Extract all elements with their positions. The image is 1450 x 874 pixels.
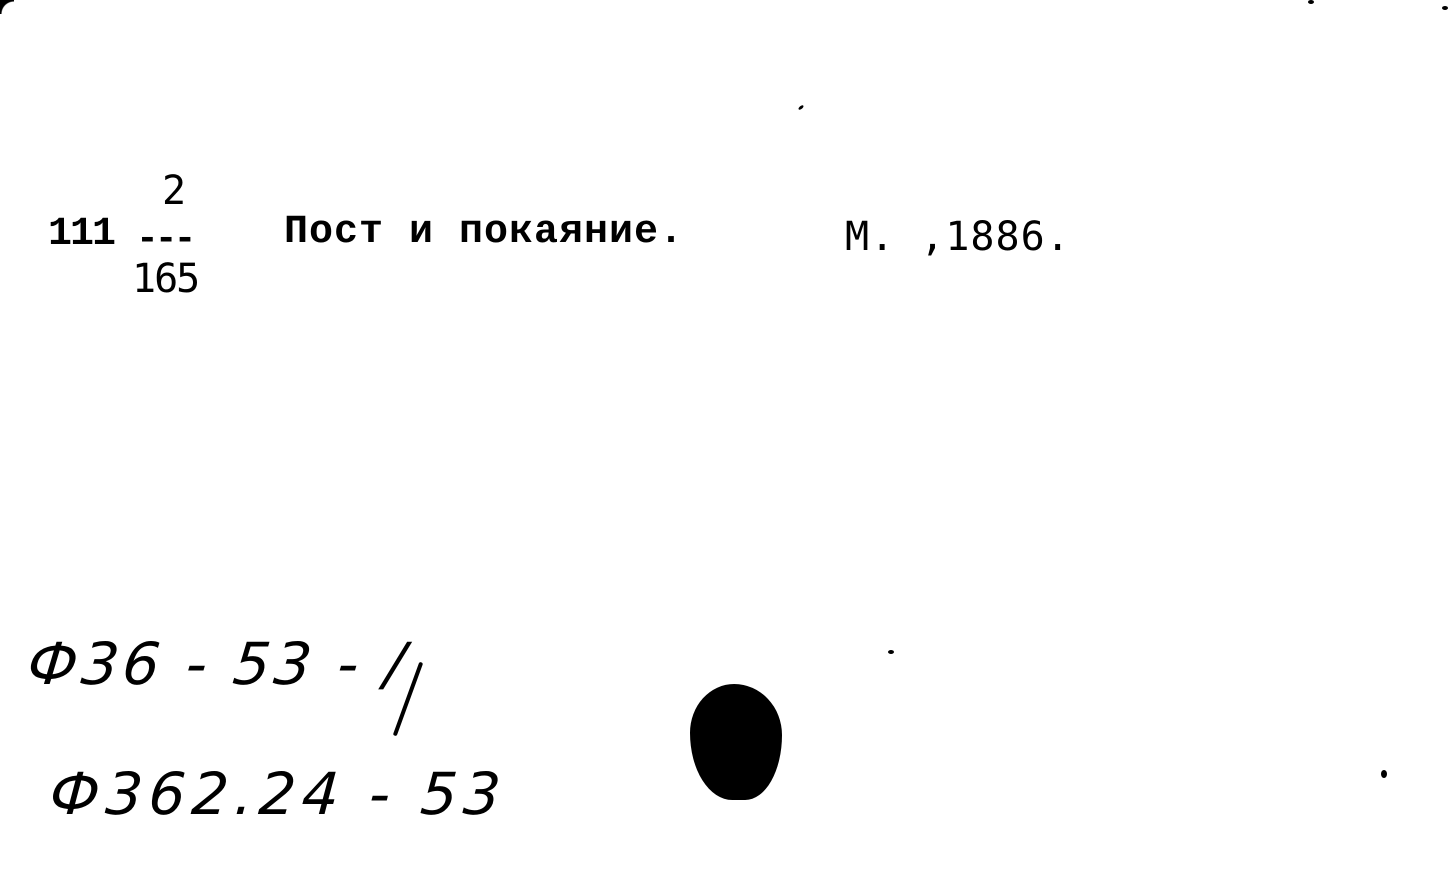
book-title: Пост и покаяние. (284, 210, 684, 255)
handwritten-note-2: Ф362.24 - 53 (48, 760, 509, 828)
handwritten-note-1: Ф36 - 53 - / (24, 630, 412, 698)
scan-speck (1381, 770, 1387, 778)
catalog-card: 111 2 --- 165 Пост и покаяние. М. ,1886.… (0, 0, 1450, 874)
shelfmark-main: 111 (48, 212, 114, 257)
scan-speck (798, 104, 805, 110)
punch-hole (690, 684, 782, 800)
shelfmark-numerator: 2 (162, 168, 186, 214)
scan-speck (888, 650, 894, 654)
scan-speck (1308, 0, 1314, 4)
scan-speck (1442, 6, 1448, 10)
shelfmark-denominator: 165 (132, 256, 198, 302)
card-corner-shadow (0, 0, 14, 14)
shelfmark: 111 2 --- 165 (48, 168, 238, 308)
imprint: М. ,1886. (845, 214, 1071, 260)
shelfmark-fraction-bar: --- (136, 218, 192, 261)
